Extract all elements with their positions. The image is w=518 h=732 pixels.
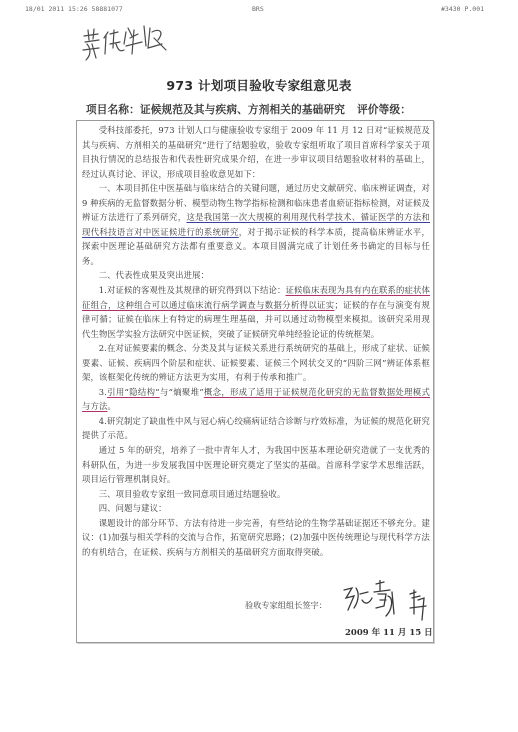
suggestions-paragraph: 课题设计的部分环节、方法有待进一步完善，有些结论的生物学基础证据还不够充分。建议… xyxy=(82,516,430,560)
talent-paragraph: 通过 5 年的研究，培养了一批中青年人才，为我国中医基本理论研究造就了一支优秀的… xyxy=(82,443,430,487)
document-title: 973 计划项目验收专家组意见表 xyxy=(0,76,518,94)
item-2-paragraph: 2.在对证候要素的概念、分类及其与证候关系进行系统研究的基础上，形成了症状、证候… xyxy=(82,341,430,385)
project-name-value: 证候规范及其与疾病、方剂相关的基础研究 xyxy=(140,104,345,116)
fax-header: 18/01 2011 15:26 58881077 BRS #3430 P.00… xyxy=(0,5,518,15)
item-3-paragraph: 3.引用“隐结构”与“熵聚堆”概念，形成了适用于证候规范化研究的无监督数据处理模… xyxy=(82,385,430,414)
fax-datetime: 18/01 2011 15:26 58881077 xyxy=(25,5,123,13)
section-3-paragraph: 三、项目验收专家组一致同意项目通过结题验收。 xyxy=(82,487,430,502)
expert-opinion-text: 受科技部委托，973 计划人口与健康验收专家组于 2009 年 11 月 12 … xyxy=(82,123,430,559)
handwritten-receipt-note: 葛代华 收 xyxy=(80,20,170,62)
project-info-line: 项目名称：证候规范及其与疾病、方剂相关的基础研究评价等级： xyxy=(86,102,446,117)
section-2-heading: 二、代表性成果及突出进展： xyxy=(82,268,430,283)
section-4-heading: 四、问题与建议： xyxy=(82,501,430,516)
item-4-paragraph: 4.研究制定了缺血性中风与冠心病心绞痛病证结合诊断与疗效标准，为证候的规范化研究… xyxy=(82,414,430,443)
evaluation-grade-label: 评价等级： xyxy=(357,104,411,116)
intro-paragraph: 受科技部委托，973 计划人口与健康验收专家组于 2009 年 11 月 12 … xyxy=(82,123,430,181)
section-1-paragraph: 一、本项目抓住中医基础与临床结合的关键问题，通过历史文献研究、临床辨证调查，对 … xyxy=(82,181,430,268)
fax-sender: BRS xyxy=(252,5,264,13)
handwritten-signature: 张伯勤 xyxy=(340,580,430,624)
project-name-label: 项目名称： xyxy=(86,104,140,116)
signature-label: 验收专家组组长签字： xyxy=(245,600,327,611)
fax-page-number: #3430 P.001 xyxy=(441,5,484,13)
highlight-latent-structure: 引用“隐结构” xyxy=(107,387,160,397)
item-1-paragraph: 1.对证候的客观性及其规律的研究得到以下结论：证候临床表现为具有内在联系的症状体… xyxy=(82,283,430,341)
signature-date: 2009 年 11 月 15 日 xyxy=(345,626,433,638)
